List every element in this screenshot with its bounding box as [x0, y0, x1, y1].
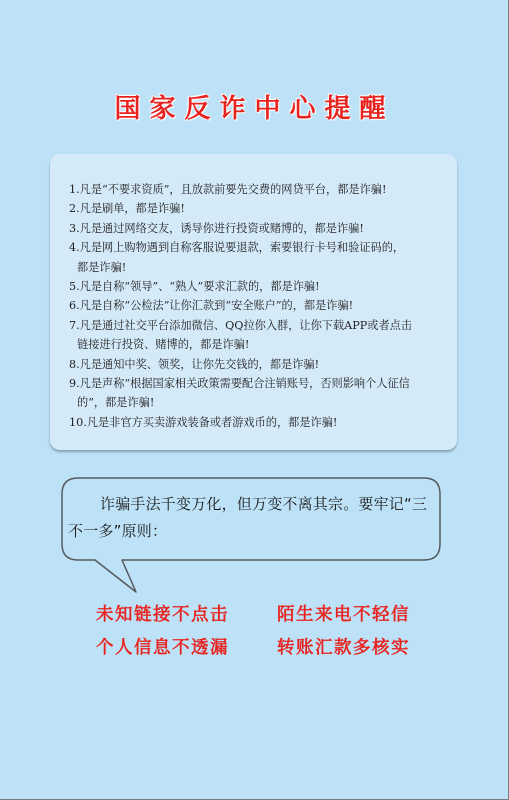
- slogan-item: 陌生来电不轻信: [277, 601, 410, 626]
- slogan-item: 转账汇款多核实: [277, 634, 410, 659]
- slogan-item: 未知链接不点击: [96, 601, 229, 626]
- slogan-item: 个人信息不透漏: [96, 634, 229, 659]
- bubble-text: 诈骗手法千变万化，但万变不离其宗。要牢记“三不一多”原则：: [68, 491, 430, 545]
- speech-bubble-shape: [0, 0, 509, 800]
